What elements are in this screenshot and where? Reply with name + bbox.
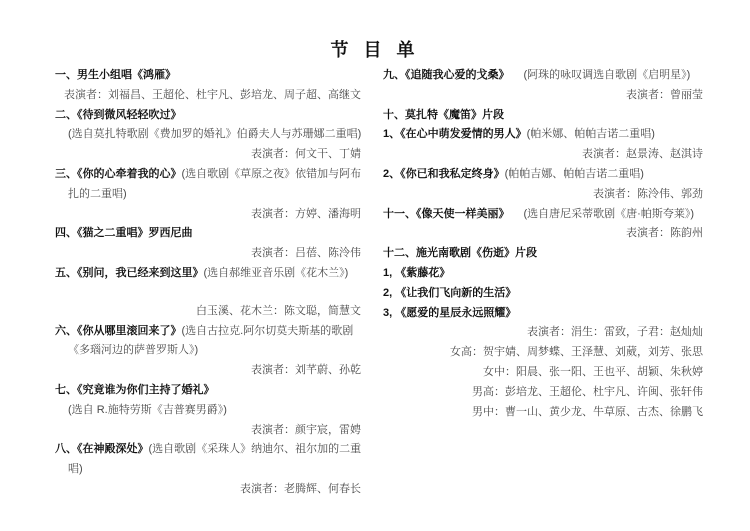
performer-text: 表演者：涓生：雷致，子君：赵灿灿 bbox=[527, 326, 703, 338]
performer-line: 表演者：吕蓓、陈泠伟 bbox=[55, 244, 370, 264]
performer-text: 表演者：陈泠伟、郭劲 bbox=[593, 188, 703, 200]
item-title-bold: 十、莫扎特《魔笛》片段 bbox=[383, 109, 504, 121]
item-subtitle: (阿珠的咏叹调选自歌剧《启明星》) bbox=[524, 69, 691, 81]
program-item: 2, 《让我们飞向新的生活》 bbox=[383, 284, 712, 304]
performer-line: 白玉溪、花木兰：陈文聪，简慧文 bbox=[55, 302, 370, 322]
page-title: 节 目 单 bbox=[0, 36, 750, 62]
performer-text: 表演者：何文干、丁婧 bbox=[251, 148, 361, 160]
performer-text: 表演者：曾丽莹 bbox=[626, 89, 703, 101]
item-title-bold: 1、《在心中萌发爱情的男人》 bbox=[383, 128, 527, 140]
item-subtitle: (帕帕吉娜、帕帕吉诺二重唱) bbox=[505, 168, 644, 180]
performer-text: 表演者：刘福昌、王超伦、杜宇凡、彭培龙、周子超、高继文 bbox=[64, 89, 361, 101]
program-item: 3, 《愿爱的星辰永远照耀》 bbox=[383, 304, 712, 324]
item-title-bold: 九、《追随我心爱的戈桑》 bbox=[383, 69, 510, 81]
performer-line: 表演者：颜宇宸，雷娉 bbox=[55, 421, 370, 441]
program-item: 1、《在心中萌发爱情的男人》(帕米娜、帕帕吉诺二重唱) bbox=[383, 125, 712, 145]
program-item: 2、《你已和我私定终身》(帕帕吉娜、帕帕吉诺二重唱) bbox=[383, 165, 712, 185]
item-subtitle: (帕米娜、帕帕吉诺二重唱) bbox=[527, 128, 655, 140]
item-subtitle: (选自唐尼采蒂歌剧《唐·帕斯夸莱》) bbox=[524, 208, 695, 220]
item-title-bold: 3, 《愿爱的星辰永远照耀》 bbox=[383, 307, 516, 319]
program-item: 三、《你的心牵着我的心》(选自歌剧《草原之夜》依错加与阿布扎的二重唱) bbox=[55, 165, 370, 205]
item-title-bold: 1, 《紫藤花》 bbox=[383, 267, 450, 279]
performer-text: 女中：阳晨、张一阳、王也平、胡颖、朱秋婷 bbox=[483, 366, 703, 378]
program-item: 四、《猫之二重唱》罗西尼曲 bbox=[55, 224, 370, 244]
performer-line: 表演者：刘芊蔚、孙乾 bbox=[55, 361, 370, 381]
performer-line: 女中：阳晨、张一阳、王也平、胡颖、朱秋婷 bbox=[383, 363, 712, 383]
program-columns: 一、男生小组唱《鸿雁》表演者：刘福昌、王超伦、杜宇凡、彭培龙、周子超、高继文二、… bbox=[55, 66, 712, 500]
item-title-bold: 六、《你从哪里滚回来了》 bbox=[55, 325, 182, 337]
item-title-bold: 2, 《让我们飞向新的生活》 bbox=[383, 287, 516, 299]
performer-text: 表演者：吕蓓、陈泠伟 bbox=[251, 247, 361, 259]
program-item: 二、《待到微风轻轻吹过》 bbox=[55, 106, 370, 126]
performer-line: 表演者：陈泠伟、郭劲 bbox=[383, 185, 712, 205]
performer-line: 表演者：何文干、丁婧 bbox=[55, 145, 370, 165]
performer-line: 表演者：曾丽莹 bbox=[383, 86, 712, 106]
performer-line: 女高：贺宇婧、周梦蝶、王泽慧、刘葳，刘芳、张思 bbox=[383, 343, 712, 363]
item-subtitle: (选自莫扎特歌剧《费加罗的婚礼》伯爵夫人与苏珊娜二重唱) bbox=[68, 128, 361, 140]
performer-line: 表演者：老腾辉、何春长 bbox=[55, 480, 370, 500]
item-subtitle: (选自 R.施特劳斯《吉普赛男爵》) bbox=[68, 404, 227, 416]
performer-line: 男高：彭培龙、王超伦、杜宇凡、许闽、张轩伟 bbox=[383, 383, 712, 403]
program-item: 一、男生小组唱《鸿雁》 bbox=[55, 66, 370, 86]
item-title-bold: 三、《你的心牵着我的心》 bbox=[55, 168, 182, 180]
performer-text: 表演者：老腾辉、何春长 bbox=[240, 483, 361, 495]
performer-text: 表演者：方婷、潘海明 bbox=[251, 208, 361, 220]
performer-line: 表演者：陈韵州 bbox=[383, 224, 712, 244]
item-description: (选自莫扎特歌剧《费加罗的婚礼》伯爵夫人与苏珊娜二重唱) bbox=[55, 125, 370, 145]
performer-line: 表演者：刘福昌、王超伦、杜宇凡、彭培龙、周子超、高继文 bbox=[55, 86, 370, 106]
performer-text: 表演者：陈韵州 bbox=[626, 227, 703, 239]
performer-line: 表演者：赵景涛、赵淇诗 bbox=[383, 145, 712, 165]
program-item: 十二、施光南歌剧《伤逝》片段 bbox=[383, 244, 712, 264]
performer-text: 白玉溪、花木兰：陈文聪，简慧文 bbox=[196, 305, 361, 317]
performer-text: 女高：贺宇婧、周梦蝶、王泽慧、刘葳，刘芳、张思 bbox=[450, 346, 703, 358]
program-page: 节 目 单 一、男生小组唱《鸿雁》表演者：刘福昌、王超伦、杜宇凡、彭培龙、周子超… bbox=[0, 0, 750, 531]
program-item: 八、《在神殿深处》(选自歌剧《采珠人》纳迪尔、祖尔加的二重唱) bbox=[55, 440, 370, 480]
performer-text: 男高：彭培龙、王超伦、杜宇凡、许闽、张轩伟 bbox=[472, 386, 703, 398]
performer-line: 表演者：涓生：雷致，子君：赵灿灿 bbox=[383, 323, 712, 343]
program-item: 七、《究竟谁为你们主持了婚礼》 bbox=[55, 381, 370, 401]
item-title-bold: 2、《你已和我私定终身》 bbox=[383, 168, 505, 180]
item-title-bold: 一、男生小组唱《鸿雁》 bbox=[55, 69, 176, 81]
performer-text: 男中：曹一山、黄少龙、牛草原、古杰、徐鹏飞 bbox=[472, 406, 703, 418]
performer-line: 表演者：方婷、潘海明 bbox=[55, 205, 370, 225]
item-title-bold: 七、《究竟谁为你们主持了婚礼》 bbox=[55, 384, 215, 396]
performer-text: 表演者：颜宇宸，雷娉 bbox=[251, 424, 361, 436]
spacer bbox=[55, 284, 370, 302]
performer-text: 表演者：赵景涛、赵淇诗 bbox=[582, 148, 703, 160]
program-column-right: 九、《追随我心爱的戈桑》(阿珠的咏叹调选自歌剧《启明星》)表演者：曾丽莹十、莫扎… bbox=[383, 66, 712, 500]
item-title-bold: 八、《在神殿深处》 bbox=[55, 443, 149, 455]
program-item: 六、《你从哪里滚回来了》(选自古拉克.阿尔切莫夫斯基的歌剧《多瑙河边的萨普罗斯人… bbox=[55, 322, 370, 362]
item-title-bold: 四、《猫之二重唱》罗西尼曲 bbox=[55, 227, 193, 239]
program-item: 十、莫扎特《魔笛》片段 bbox=[383, 106, 712, 126]
program-column-left: 一、男生小组唱《鸿雁》表演者：刘福昌、王超伦、杜宇凡、彭培龙、周子超、高继文二、… bbox=[55, 66, 370, 500]
item-title-bold: 十二、施光南歌剧《伤逝》片段 bbox=[383, 247, 537, 259]
item-title-bold: 十一、《像天使一样美丽》 bbox=[383, 208, 510, 220]
program-item: 十一、《像天使一样美丽》(选自唐尼采蒂歌剧《唐·帕斯夸莱》) bbox=[383, 205, 712, 225]
program-item: 1, 《紫藤花》 bbox=[383, 264, 712, 284]
item-title-bold: 二、《待到微风轻轻吹过》 bbox=[55, 109, 182, 121]
performer-line: 男中：曹一山、黄少龙、牛草原、古杰、徐鹏飞 bbox=[383, 403, 712, 423]
item-title-bold: 五、《别问，我已经来到这里》 bbox=[55, 267, 204, 279]
performer-text: 表演者：刘芊蔚、孙乾 bbox=[251, 364, 361, 376]
item-description: (选自 R.施特劳斯《吉普赛男爵》) bbox=[55, 401, 370, 421]
item-subtitle: (选自郝维亚音乐剧《花木兰》) bbox=[204, 267, 349, 279]
program-item: 九、《追随我心爱的戈桑》(阿珠的咏叹调选自歌剧《启明星》) bbox=[383, 66, 712, 86]
program-item: 五、《别问，我已经来到这里》(选自郝维亚音乐剧《花木兰》) bbox=[55, 264, 370, 284]
